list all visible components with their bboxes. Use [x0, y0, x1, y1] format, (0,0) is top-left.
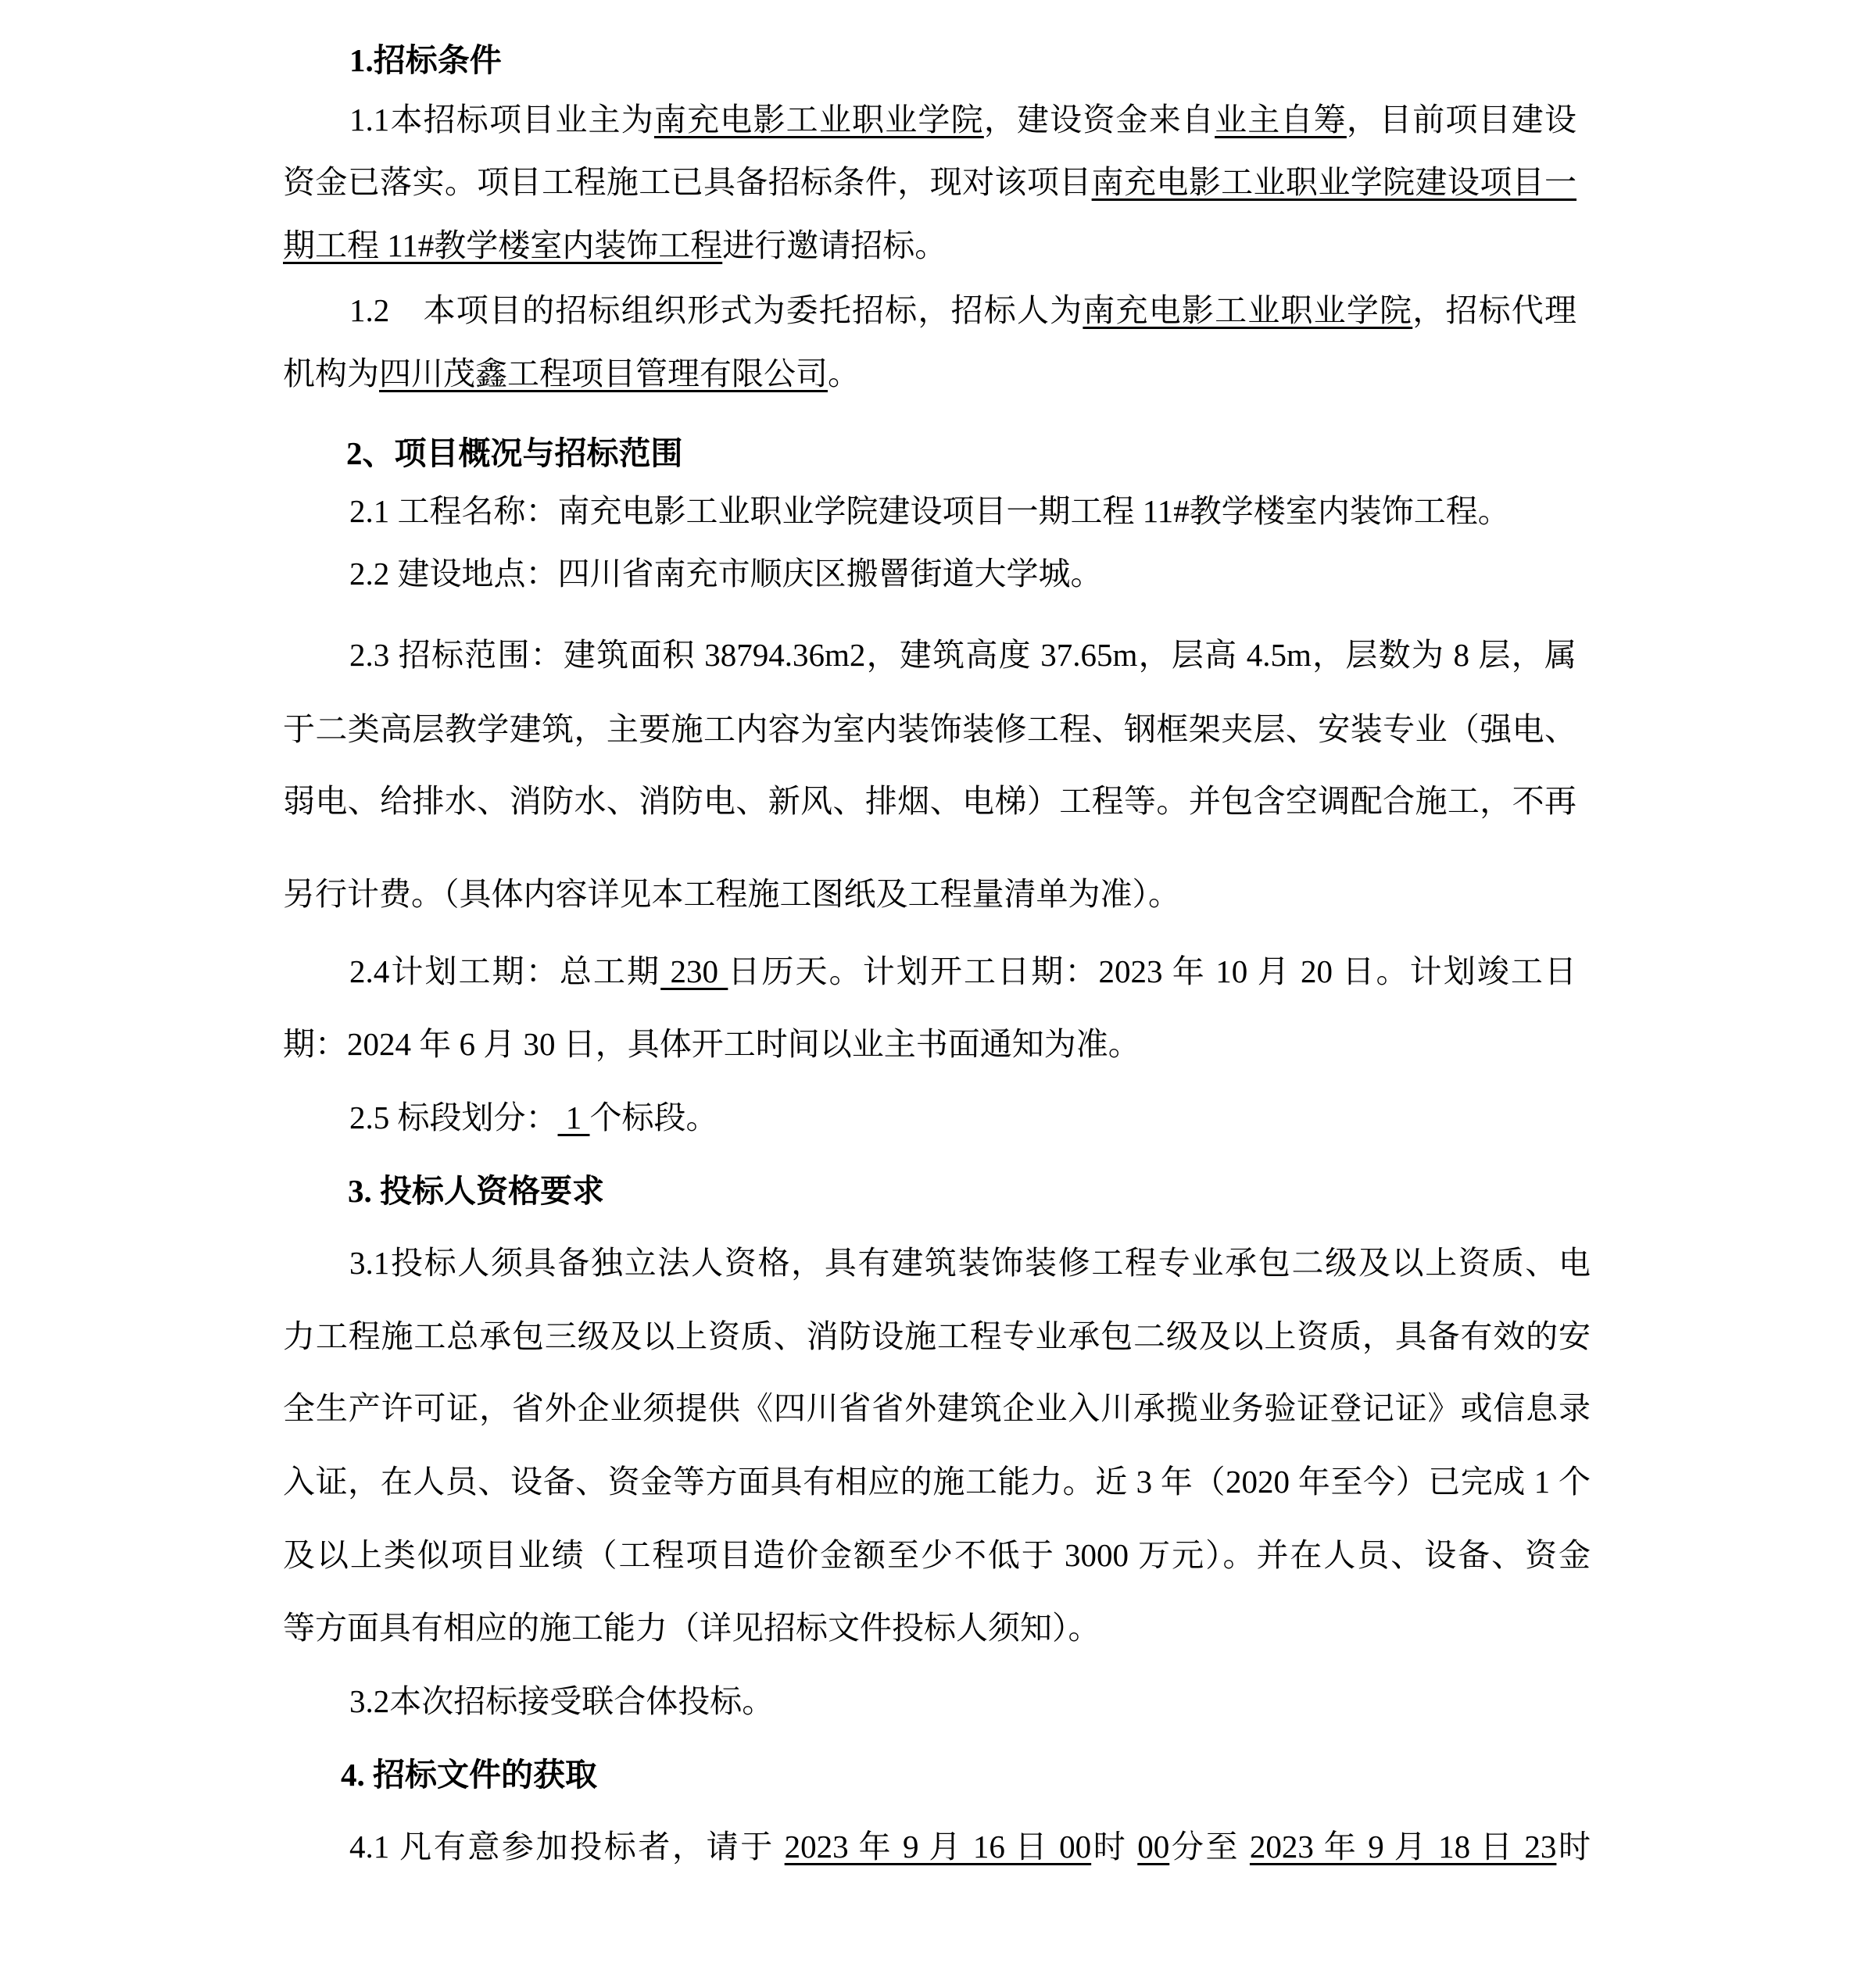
text-segment: 。 — [828, 356, 860, 392]
text-line: 期工程 11#教学楼室内装饰工程进行邀请招标。 — [283, 222, 1576, 269]
text-line: 资金已落实。项目工程施工已具备招标条件，现对该项目南充电影工业职业学院建设项目一 — [283, 159, 1576, 206]
text-segment: 弱电、给排水、消防水、消防电、新风、排烟、电梯）工程等。并包含空调配合施工，不再 — [283, 783, 1576, 819]
text-segment: 全生产许可证，省外企业须提供《四川省省外建筑企业入川承揽业务验证登记证》或信息录 — [283, 1390, 1591, 1426]
text-segment: ，目前项目建设 — [1347, 102, 1576, 138]
underlined-project-name: 南充电影工业职业学院建设项目一 — [1092, 164, 1576, 200]
text-line: 1.2 本项目的招标组织形式为委托招标，招标人为南充电影工业职业学院，招标代理 — [349, 287, 1576, 334]
text-segment: 个标段。 — [590, 1099, 718, 1135]
section-heading-2: 2、项目概况与招标范围 — [346, 430, 1640, 477]
text-line: 2.1 工程名称：南充电影工业职业学院建设项目一期工程 11#教学楼室内装饰工程… — [349, 488, 1576, 535]
text-line: 另行计费。（具体内容详见本工程施工图纸及工程量清单为准）。 — [283, 871, 1576, 917]
text-line: 3.1投标人须具备独立法人资格，具有建筑装饰装修工程专业承包二级及以上资质、电 — [349, 1239, 1591, 1286]
text-line: 全生产许可证，省外企业须提供《四川省省外建筑企业入川承揽业务验证登记证》或信息录 — [283, 1385, 1591, 1432]
underlined-tenderer-name: 南充电影工业职业学院 — [1083, 292, 1412, 328]
underlined-agency-name: 四川茂鑫工程项目管理有限公司 — [379, 356, 828, 392]
underlined-project-name: 期工程 11#教学楼室内装饰工程 — [283, 227, 722, 263]
text-line: 3.2本次招标接受联合体投标。 — [349, 1678, 1591, 1725]
underlined-start-minute: 00 — [1137, 1829, 1169, 1865]
text-segment: 资金已落实。项目工程施工已具备招标条件，现对该项目 — [283, 164, 1092, 200]
text-line: 弱电、给排水、消防水、消防电、新风、排烟、电梯）工程等。并包含空调配合施工，不再 — [283, 778, 1576, 824]
text-segment: 进行邀请招标。 — [722, 227, 947, 263]
text-line: 机构为四川茂鑫工程项目管理有限公司。 — [283, 350, 1576, 397]
underlined-end-datetime: 2023 年 9 月 18 日 23 — [1250, 1829, 1556, 1865]
text-segment: 1.1本招标项目业主为 — [349, 102, 654, 138]
text-line: 及以上类似项目业绩（工程项目造价金额至少不低于 3000 万元）。并在人员、设备… — [283, 1532, 1591, 1579]
text-segment: 1.2 本项目的招标组织形式为委托招标，招标人为 — [349, 292, 1083, 328]
text-segment: 等方面具有相应的施工能力（详见招标文件投标人须知）。 — [283, 1610, 1100, 1646]
text-segment: 2.1 工程名称：南充电影工业职业学院建设项目一期工程 11#教学楼室内装饰工程… — [349, 493, 1510, 529]
text-segment: 时 — [1091, 1829, 1137, 1865]
text-segment: 入证，在人员、设备、资金等方面具有相应的施工能力。近 3 年（2020 年至今）… — [283, 1464, 1591, 1500]
document-page: 1.招标条件 1.1本招标项目业主为南充电影工业职业学院，建设资金来自业主自筹，… — [0, 0, 1861, 1988]
text-line: 1.1本招标项目业主为南充电影工业职业学院，建设资金来自业主自筹，目前项目建设 — [349, 96, 1576, 143]
text-line: 等方面具有相应的施工能力（详见招标文件投标人须知）。 — [283, 1604, 1591, 1651]
underlined-lot-count: 1 — [558, 1099, 590, 1135]
underlined-duration-days: 230 — [660, 953, 728, 989]
text-segment: 及以上类似项目业绩（工程项目造价金额至少不低于 3000 万元）。并在人员、设备… — [283, 1537, 1591, 1573]
text-segment: ，建设资金来自 — [984, 102, 1215, 138]
text-segment: 2.3 招标范围：建筑面积 38794.36m2，建筑高度 37.65m，层高 … — [349, 637, 1576, 673]
underlined-owner-name: 南充电影工业职业学院 — [654, 102, 984, 138]
section-heading-3: 3. 投标人资格要求 — [348, 1167, 1641, 1214]
section-heading-1: 1.招标条件 — [349, 37, 1643, 84]
text-segment: 机构为 — [283, 356, 379, 392]
section-heading-4: 4. 招标文件的获取 — [341, 1751, 1634, 1798]
text-line: 2.3 招标范围：建筑面积 38794.36m2，建筑高度 37.65m，层高 … — [349, 631, 1576, 678]
text-segment: 期：2024 年 6 月 30 日，具体开工时间以业主书面通知为准。 — [283, 1026, 1140, 1062]
text-line: 期：2024 年 6 月 30 日，具体开工时间以业主书面通知为准。 — [283, 1021, 1576, 1067]
text-segment: 2.5 标段划分： — [349, 1099, 558, 1135]
text-line: 2.4计划工期：总工期 230 日历天。计划开工日期：2023 年 10 月 2… — [349, 948, 1576, 995]
text-segment: 另行计费。（具体内容详见本工程施工图纸及工程量清单为准）。 — [283, 876, 1180, 912]
text-segment: 2.2 建设地点：四川省南充市顺庆区搬罾街道大学城。 — [349, 556, 1103, 592]
text-segment: 3.2本次招标接受联合体投标。 — [349, 1683, 774, 1719]
text-line: 于二类高层教学建筑，主要施工内容为室内装饰装修工程、钢框架夹层、安装专业（强电、 — [283, 706, 1576, 753]
text-line: 4.1 凡有意参加投标者，请于 2023 年 9 月 16 日 00时 00分至… — [349, 1823, 1591, 1870]
text-segment: 力工程施工总承包三级及以上资质、消防设施工程专业承包二级及以上资质，具备有效的安 — [283, 1318, 1591, 1354]
text-segment: 日历天。计划开工日期：2023 年 10 月 20 日。计划竣工日 — [728, 953, 1576, 989]
text-segment: 于二类高层教学建筑，主要施工内容为室内装饰装修工程、钢框架夹层、安装专业（强电、 — [283, 711, 1576, 747]
text-line: 2.2 建设地点：四川省南充市顺庆区搬罾街道大学城。 — [349, 550, 1576, 597]
text-segment: 2.4计划工期：总工期 — [349, 953, 660, 989]
text-segment: 分至 — [1169, 1829, 1250, 1865]
underlined-start-datetime: 2023 年 9 月 16 日 00 — [785, 1829, 1091, 1865]
text-segment: 3.1投标人须具备独立法人资格，具有建筑装饰装修工程专业承包二级及以上资质、电 — [349, 1245, 1591, 1281]
text-line: 力工程施工总承包三级及以上资质、消防设施工程专业承包二级及以上资质，具备有效的安 — [283, 1313, 1591, 1360]
text-segment: ，招标代理 — [1412, 292, 1576, 328]
text-line: 入证，在人员、设备、资金等方面具有相应的施工能力。近 3 年（2020 年至今）… — [283, 1458, 1591, 1505]
text-segment: 4.1 凡有意参加投标者，请于 — [349, 1829, 785, 1865]
text-segment: 时 — [1556, 1829, 1591, 1865]
text-line: 2.5 标段划分： 1 个标段。 — [349, 1094, 1576, 1141]
underlined-funding-source: 业主自筹 — [1215, 102, 1347, 138]
